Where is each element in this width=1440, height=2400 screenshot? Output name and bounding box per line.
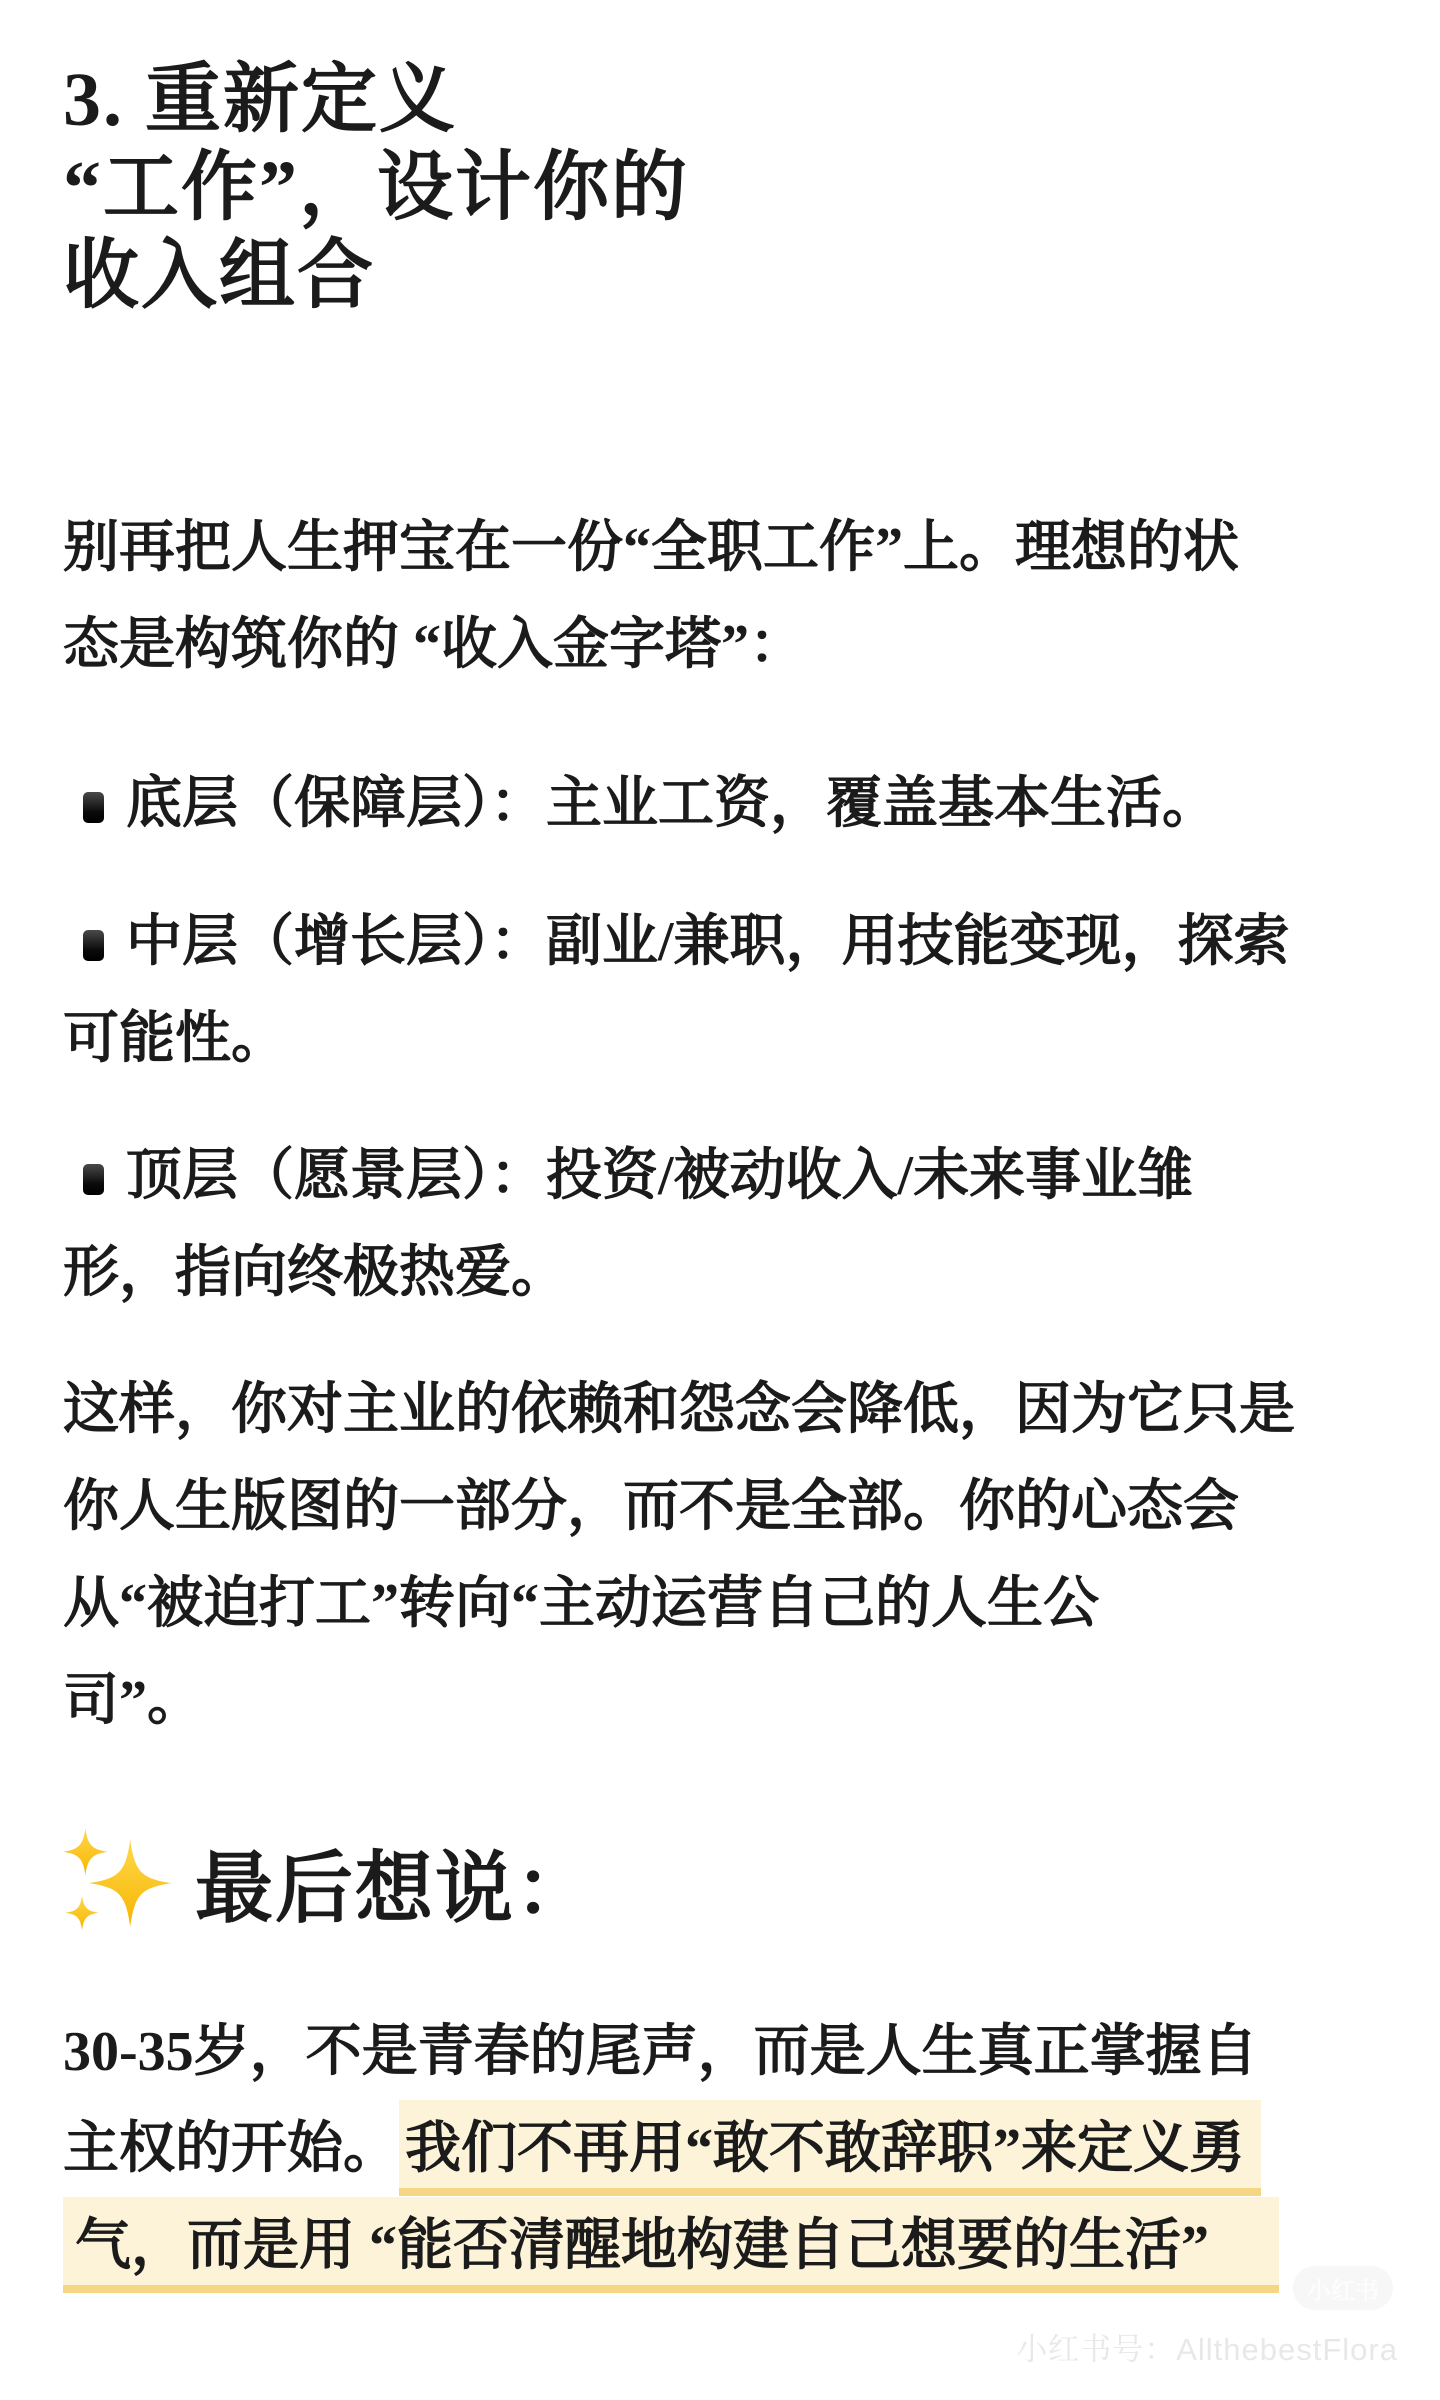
highlight-text: 我们不再用“敢不敢辞职”来定义勇 bbox=[399, 2100, 1261, 2196]
bullet-text-wrap: 形，指向终极热爱。 bbox=[63, 1225, 1420, 1322]
intro-line-1: 别再把人生押宝在一份“全职工作”上。理想的状 bbox=[63, 500, 1420, 597]
title-line-2: “工作”，设计你的 bbox=[63, 144, 1420, 232]
bullet-item-middle-layer: 中层（增长层）：副业/兼职，用技能变现，探索 可能性。 bbox=[63, 894, 1420, 1088]
bullet-item-base-layer: 底层（保障层）：主业工资，覆盖基本生活。 bbox=[63, 756, 1420, 853]
bullet-text: 中层（增长层）：副业/兼职，用技能变现，探索 bbox=[126, 911, 1290, 973]
black-square-icon bbox=[83, 1164, 104, 1195]
black-square-icon bbox=[83, 930, 104, 961]
final-paragraph: 30-35岁，不是青春的尾声，而是人生真正掌握自 主权的开始。我们不再用“敢不敢… bbox=[63, 2004, 1420, 2295]
bullet-item-top-layer: 顶层（愿景层）：投资/被动收入/未来事业雏 形，指向终极热爱。 bbox=[63, 1128, 1420, 1322]
title-line-1: 3. 重新定义 bbox=[63, 56, 1420, 144]
bullet-text: 底层（保障层）：主业工资，覆盖基本生活。 bbox=[126, 773, 1218, 835]
bullet-text-wrap: 可能性。 bbox=[63, 991, 1420, 1088]
xiaohongshu-logo-badge: 小红书 bbox=[1293, 2266, 1393, 2310]
closing-heading-text: 最后想说： bbox=[195, 1826, 595, 1938]
closing-heading: 最后想说： bbox=[63, 1826, 1420, 1938]
body-line-3: 从“被迫打工”转向“主动运营自己的人生公 bbox=[63, 1556, 1420, 1653]
note-page: 3. 重新定义 “工作”，设计你的 收入组合 别再把人生押宝在一份“全职工作”上… bbox=[0, 0, 1440, 2400]
body-line-1: 这样，你对主业的依赖和怨念会降低，因为它只是 bbox=[63, 1362, 1420, 1459]
black-square-icon bbox=[83, 792, 104, 823]
body-line-2: 你人生版图的一部分，而不是全部。你的心态会 bbox=[63, 1459, 1420, 1556]
final-line-1: 30-35岁，不是青春的尾声，而是人生真正掌握自 bbox=[63, 2004, 1420, 2101]
bullet-text: 顶层（愿景层）：投资/被动收入/未来事业雏 bbox=[126, 1145, 1193, 1207]
body-paragraph: 这样，你对主业的依赖和怨念会降低，因为它只是 你人生版图的一部分，而不是全部。你… bbox=[63, 1362, 1420, 1750]
final-line-3: 气，而是用 “能否清醒地构建自己想要的生活” bbox=[63, 2198, 1420, 2295]
body-line-4: 司”。 bbox=[63, 1653, 1420, 1750]
highlight-text: 气，而是用 “能否清醒地构建自己想要的生活” bbox=[63, 2197, 1279, 2293]
page-title: 3. 重新定义 “工作”，设计你的 收入组合 bbox=[63, 56, 1420, 320]
final-line-2-plain: 主权的开始。 bbox=[63, 2118, 399, 2180]
final-line-2: 主权的开始。我们不再用“敢不敢辞职”来定义勇 bbox=[63, 2101, 1420, 2198]
sparkles-icon bbox=[63, 1826, 175, 1938]
watermark-account: 小红书号：AllthebestFlora bbox=[1016, 2324, 1398, 2369]
intro-paragraph: 别再把人生押宝在一份“全职工作”上。理想的状 态是构筑你的 “收入金字塔”： bbox=[63, 500, 1420, 694]
intro-line-2: 态是构筑你的 “收入金字塔”： bbox=[63, 597, 1420, 694]
title-line-3: 收入组合 bbox=[63, 232, 1420, 320]
